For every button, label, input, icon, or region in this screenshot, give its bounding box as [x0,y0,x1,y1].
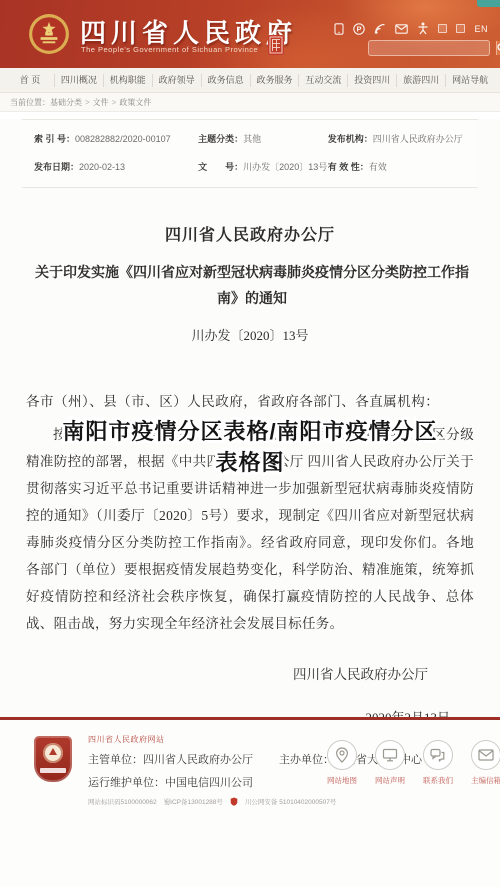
meta-publish-date: 发布日期：2020-02-13 [34,160,198,173]
language-switch[interactable]: EN [474,24,488,34]
meta-label: 发布日期： [34,162,79,172]
envelope-icon [478,749,494,761]
meta-value: 008282882/2020-00107 [75,134,171,144]
footer-link-mailbox[interactable]: 主编信箱 [462,740,500,786]
monitor-icon [382,748,398,762]
meta-label: 有 效 性： [328,162,369,172]
nav-item-sitemap[interactable]: 网站导航 [446,74,494,87]
footer-link-label: 联系我们 [414,775,462,786]
footer-icp[interactable]: 蜀ICP备13001288号 [164,797,223,806]
breadcrumb-item-category[interactable]: 基础分类 [50,97,82,108]
footer-link-sitemap[interactable]: 网站地图 [318,740,366,786]
footer-police[interactable]: 川公网安备 51010402000507号 [245,797,336,806]
meta-label: 发布机构： [328,134,373,144]
nav-item-services[interactable]: 政务服务 [251,74,300,87]
document-office-heading: 四川省人民政府办公厅 [26,222,474,245]
site-header: 四川省人民政府 The People's Government of Sichu… [0,0,500,68]
breadcrumb-item-policy[interactable]: 政策文件 [119,97,151,108]
breadcrumb-label: 当前位置： [10,97,50,108]
document-paragraph: 按照党中央、国务院关于应对新型冠状病毒肺炎疫情、实行分区分级精准防控的部署，根据… [26,421,474,637]
corner-widget[interactable] [477,0,500,7]
footer-link-statement[interactable]: 网站声明 [366,740,414,786]
meta-value: 其他 [243,134,261,144]
footer-link-label: 网站声明 [366,775,414,786]
main-nav: 首 页 四川概况 机构职能 政府领导 政务信息 政务服务 互动交流 投资四川 旅… [0,68,500,93]
meta-index-number: 索 引 号：008282882/2020-00107 [34,132,198,145]
meta-label: 主题分类： [198,134,243,144]
document-salutation: 各市（州）、县（市、区）人民政府，省政府各部门、各直属机构： [26,390,474,410]
page: 四川省人民政府 The People's Government of Sichu… [0,0,500,887]
meta-label: 索 引 号： [34,134,75,144]
breadcrumb: 当前位置： 基础分类 > 文件 > 政策文件 [0,93,500,112]
meta-doc-number: 文 号：川办发〔2020〕13号 [198,160,328,173]
mobile-icon[interactable] [334,23,344,35]
meta-value: 有效 [369,162,387,172]
svg-text:P: P [357,24,362,33]
breadcrumb-separator: > [85,98,90,107]
police-badge-icon [230,797,238,806]
nav-item-overview[interactable]: 四川概况 [55,74,104,87]
national-emblem-icon [28,13,70,55]
rss-icon[interactable] [374,23,386,35]
nav-item-info[interactable]: 政务信息 [202,74,251,87]
mail-icon[interactable] [395,24,408,34]
breadcrumb-separator: > [112,98,117,107]
footer-link-contact[interactable]: 联系我们 [414,740,462,786]
footer-quick-links: 网站地图 网站声明 [318,740,500,786]
footer-site-code: 网站标识码5100000062 [88,797,157,806]
search-bar [368,40,490,56]
meta-issuing-agency: 发布机构：四川省人民政府办公厅 [328,132,466,145]
footer-registration-line: 网站标识码5100000062 蜀ICP备13001288号 川公网安备 510… [88,797,500,806]
header-quick-icons: P EN [334,22,488,35]
meta-label: 文 号： [198,162,243,172]
search-input[interactable] [369,41,496,55]
meta-topic-category: 主题分类：其他 [198,132,328,145]
toggle-icon-2[interactable] [456,24,465,33]
nav-item-functions[interactable]: 机构职能 [104,74,153,87]
footer-supervisor: 主管单位：四川省人民政府办公厅 [88,754,253,766]
nav-item-invest[interactable]: 投资四川 [348,74,397,87]
nav-item-home[interactable]: 首 页 [6,74,55,87]
toggle-icon-1[interactable] [438,24,447,33]
footer-link-label: 网站地图 [318,775,366,786]
search-button[interactable] [496,41,500,55]
document-signature: 四川省人民政府办公厅 [26,663,474,683]
nav-item-travel[interactable]: 旅游四川 [397,74,446,87]
meta-value: 川办发〔2020〕13号 [243,162,327,172]
official-seal-icon [268,35,284,55]
document-body: 四川省人民政府办公厅 关于印发实施《四川省应对新型冠状病毒肺炎疫情分区分类防控工… [0,222,500,762]
footer-link-label: 主编信箱 [462,775,500,786]
chat-icon [430,748,446,762]
site-title-en: The People's Government of Sichuan Provi… [81,45,258,54]
accessibility-icon[interactable] [417,22,429,35]
gov-site-badge-icon [34,736,72,782]
document-number: 川办发〔2020〕13号 [26,325,474,344]
site-footer: 四川省人民政府网站 主管单位：四川省人民政府办公厅主办单位：四川省大数据中心 运… [0,717,500,887]
meta-value: 四川省人民政府办公厅 [373,134,463,144]
meta-validity: 有 效 性：有效 [328,160,466,173]
document-title: 关于印发实施《四川省应对新型冠状病毒肺炎疫情分区分类防控工作指南》的通知 [26,261,478,313]
map-pin-icon [335,747,349,763]
nav-item-interaction[interactable]: 互动交流 [299,74,348,87]
wechat-icon[interactable]: P [353,23,365,35]
meta-value: 2020-02-13 [79,162,125,172]
document-area: 索 引 号：008282882/2020-00107 主题分类：其他 发布机构：… [0,119,500,717]
breadcrumb-item-files[interactable]: 文件 [93,97,109,108]
document-meta-table: 索 引 号：008282882/2020-00107 主题分类：其他 发布机构：… [22,119,478,188]
nav-item-leaders[interactable]: 政府领导 [153,74,202,87]
